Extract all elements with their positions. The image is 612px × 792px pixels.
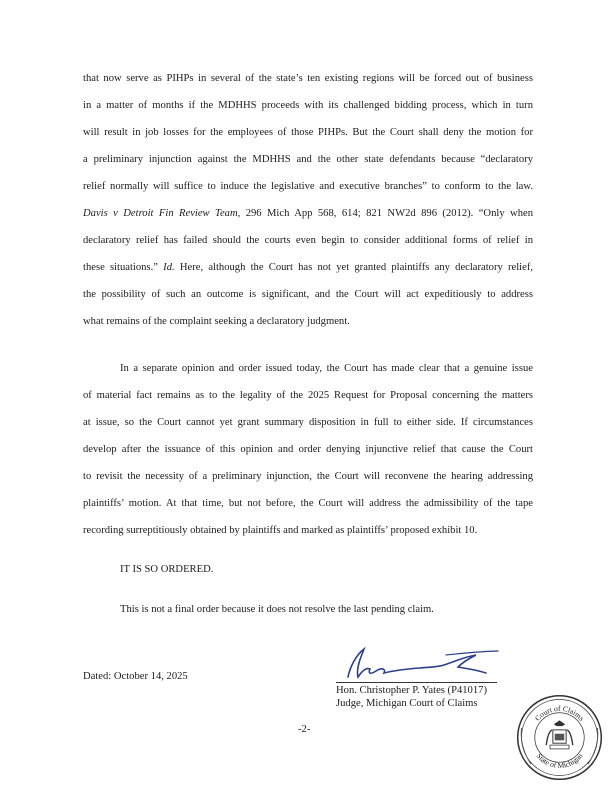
dated-line: Dated: October 14, 2025 [83, 670, 188, 683]
body-text-line: the possibility of such an outcome is si… [83, 288, 533, 301]
citation-rest: , 296 Mich App 568, 614; 821 NW2d 896 (2… [238, 208, 533, 219]
body-text-line: develop after the issuance of this opini… [83, 443, 533, 456]
body-text-line: of material fact remains as to the legal… [83, 389, 533, 402]
body-text-line: a preliminary injunction against the MDH… [83, 153, 533, 166]
body-text-line: at issue, so the Court cannot yet grant … [83, 416, 533, 429]
page-number: -2- [298, 724, 310, 735]
judge-name: Hon. Christopher P. Yates (P41017) [336, 684, 487, 697]
order-statement: IT IS SO ORDERED. [120, 563, 213, 576]
svg-text:State of Michigan: State of Michigan [535, 751, 585, 770]
id-line: these situations.” Id. Here, although th… [83, 261, 533, 274]
judge-title: Judge, Michigan Court of Claims [336, 697, 478, 710]
signature-line [336, 682, 497, 683]
seal-bottom-text: State of Michigan [535, 751, 585, 770]
court-seal-icon: Court of Claims State of Michigan [512, 690, 607, 785]
body-text-line: plaintiffs’ motion. At that time, but no… [83, 497, 533, 510]
body-text-line: relief normally will suffice to induce t… [83, 180, 533, 193]
seal-top-text: Court of Claims [533, 704, 586, 723]
body-text-line: in a matter of months if the MDHHS proce… [83, 99, 533, 112]
id-signal: Id. [163, 262, 174, 273]
document-page: that now serve as PIHPs in several of th… [0, 0, 612, 792]
body-text-line: what remains of the complaint seeking a … [83, 315, 350, 328]
case-name: Davis v Detroit Fin Review Team [83, 208, 238, 219]
final-order-note: This is not a final order because it doe… [120, 603, 434, 616]
svg-text:Court of Claims: Court of Claims [533, 704, 586, 723]
body-text-line: that now serve as PIHPs in several of th… [83, 72, 533, 85]
body-text-line: will result in job losses for the employ… [83, 126, 533, 139]
body-text-line: recording surreptitiously obtained by pl… [83, 524, 477, 537]
body-text-line: declaratory relief has failed should the… [83, 234, 533, 247]
judge-signature [336, 645, 501, 683]
body-text-line: In a separate opinion and order issued t… [120, 362, 533, 375]
id-after: Here, although the Court has not yet gra… [175, 262, 533, 273]
id-before: these situations.” [83, 262, 163, 273]
citation-line: Davis v Detroit Fin Review Team, 296 Mic… [83, 207, 533, 220]
body-text-line: to revisit the necessity of a preliminar… [83, 470, 533, 483]
